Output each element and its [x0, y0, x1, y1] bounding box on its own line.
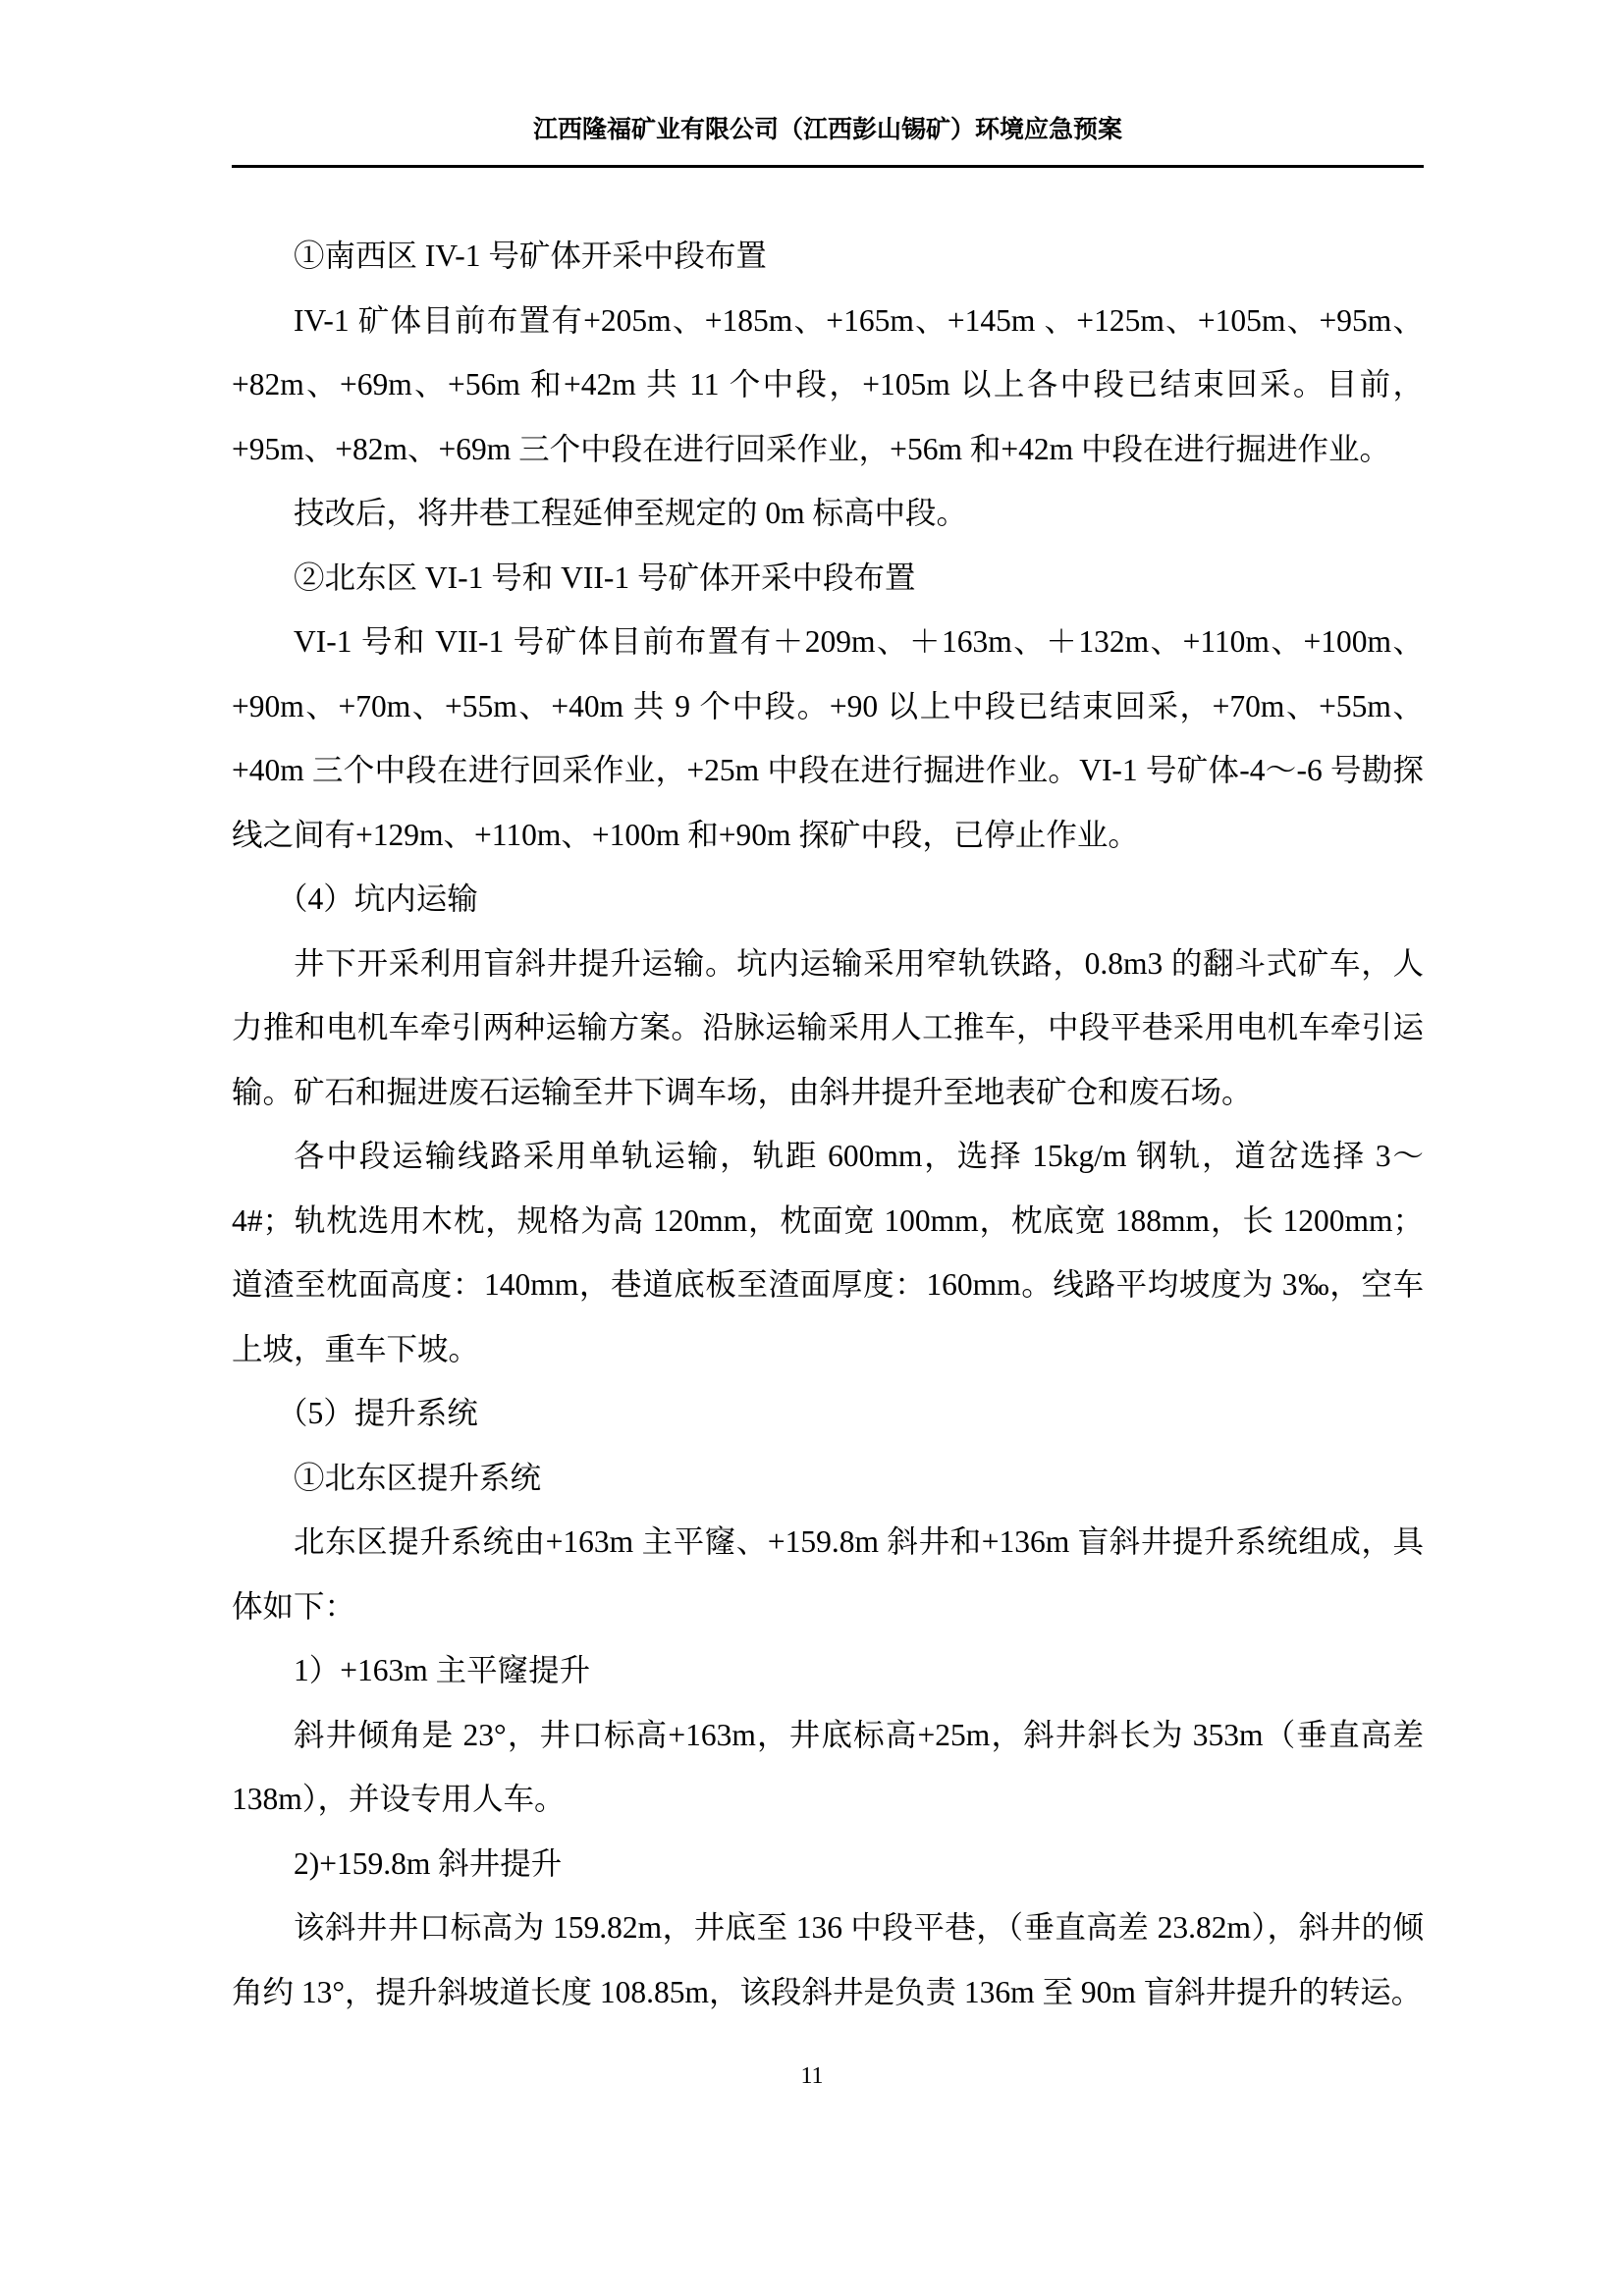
paragraph-transport-method: 井下开采利用盲斜井提升运输。坑内运输采用窄轨铁路，0.8m3 的翻斗式矿车，人力…	[232, 932, 1424, 1125]
subsection-heading-southwest-iv1: ①南西区 IV-1 号矿体开采中段布置	[232, 224, 1424, 289]
header-rule	[232, 165, 1424, 168]
document-body: ①南西区 IV-1 号矿体开采中段布置 IV-1 矿体目前布置有+205m、+1…	[232, 224, 1424, 2024]
page-number: 11	[0, 2061, 1624, 2091]
document-page: 江西隆福矿业有限公司（江西彭山锡矿）环境应急预案 ①南西区 IV-1 号矿体开采…	[0, 0, 1624, 2296]
paragraph-vi1-vii1-levels: VI-1 号和 VII-1 号矿体目前布置有＋209m、＋163m、＋132m、…	[232, 610, 1424, 867]
section-heading-hoisting-system: （5）提升系统	[232, 1381, 1424, 1446]
paragraph-hoisting-composition: 北东区提升系统由+163m 主平窿、+159.8m 斜井和+136m 盲斜井提升…	[232, 1510, 1424, 1638]
paragraph-163m-details: 斜井倾角是 23°，井口标高+163m，井底标高+25m，斜井斜长为 353m（…	[232, 1703, 1424, 1832]
paragraph-iv1-levels: IV-1 矿体目前布置有+205m、+185m、+165m、+145m 、+12…	[232, 289, 1424, 482]
item-heading-163m-adit: 1）+163m 主平窿提升	[232, 1638, 1424, 1703]
item-heading-159-8m-incline: 2)+159.8m 斜井提升	[232, 1832, 1424, 1896]
section-heading-underground-transport: （4）坑内运输	[232, 867, 1424, 932]
paragraph-track-specs: 各中段运输线路采用单轨运输，轨距 600mm，选择 15kg/m 钢轨，道岔选择…	[232, 1124, 1424, 1381]
subsection-heading-northeast-hoisting: ①北东区提升系统	[232, 1446, 1424, 1511]
paragraph-renovation: 技改后，将井巷工程延伸至规定的 0m 标高中段。	[232, 481, 1424, 546]
subsection-heading-northeast-vi1-vii1: ②北东区 VI-1 号和 VII-1 号矿体开采中段布置	[232, 546, 1424, 611]
paragraph-159-8m-details: 该斜井井口标高为 159.82m，井底至 136 中段平巷，（垂直高差 23.8…	[232, 1896, 1424, 2024]
running-header: 江西隆福矿业有限公司（江西彭山锡矿）环境应急预案	[232, 114, 1424, 145]
